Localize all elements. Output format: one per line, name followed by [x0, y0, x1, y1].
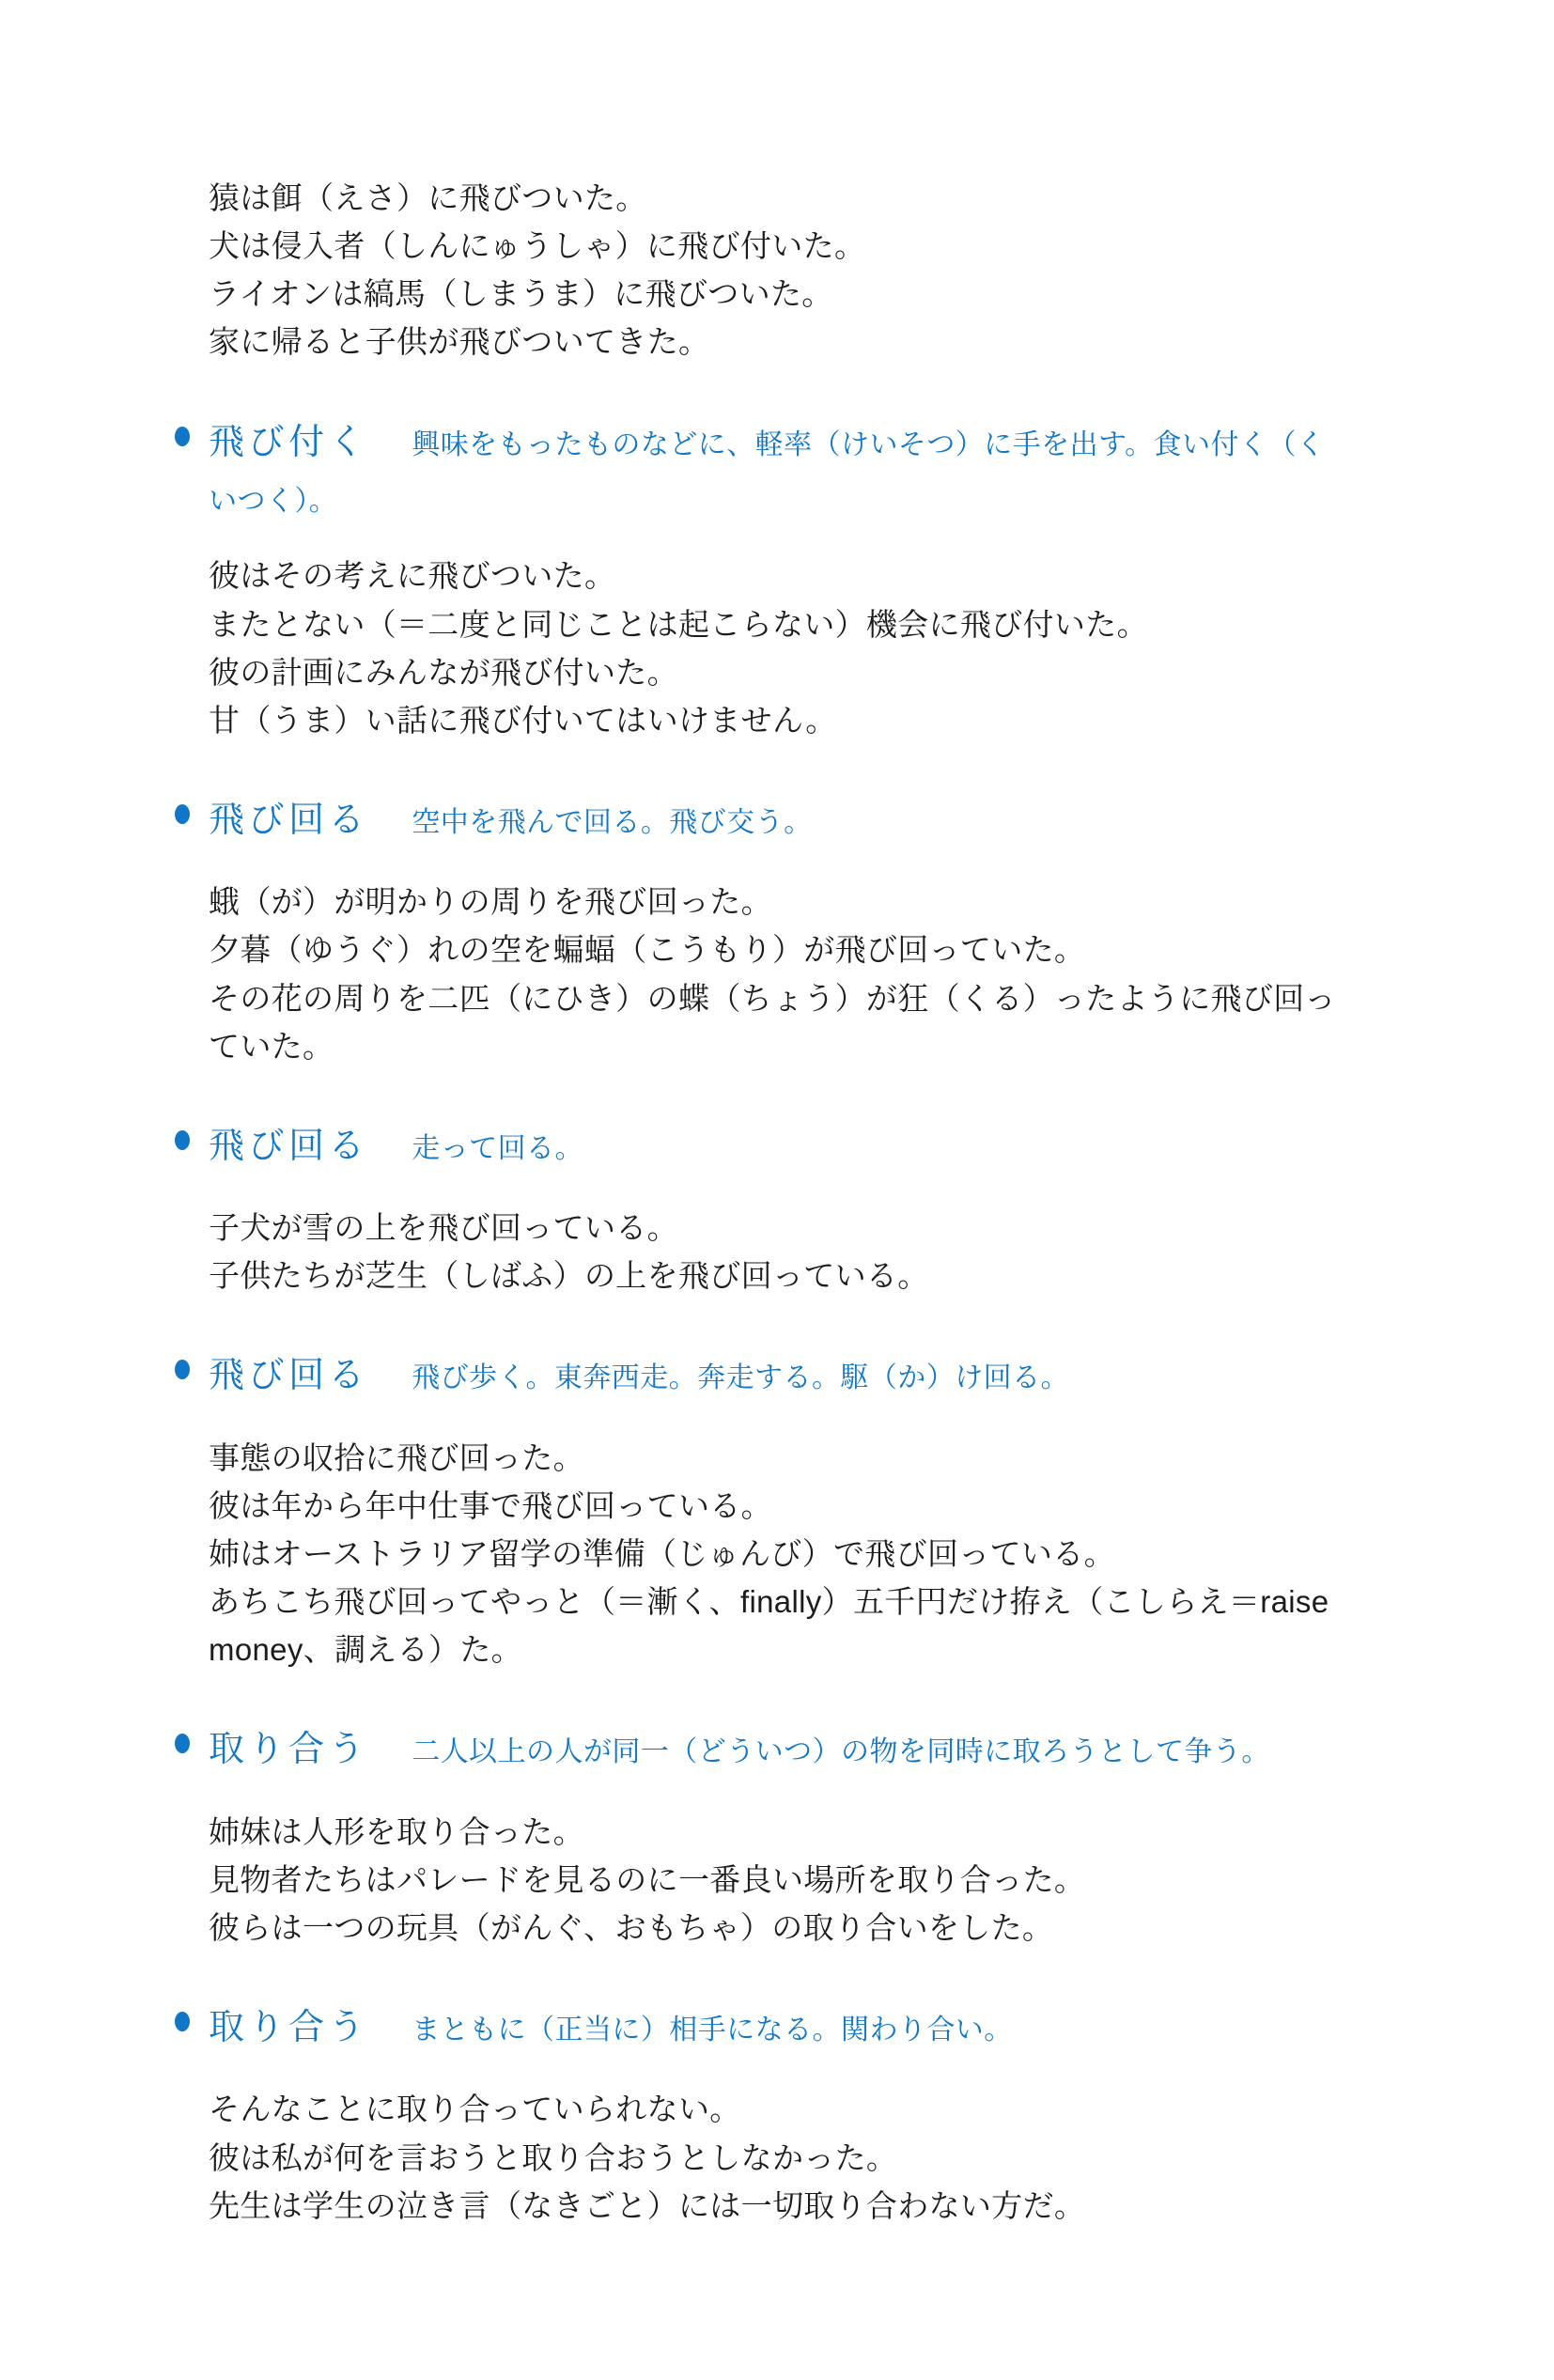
example-sentence: 姉妹は人形を取り合った。 — [209, 1808, 1344, 1856]
entry-header: 取り合うまともに（正当に）相手になる。関わり合い。 — [209, 1995, 1344, 2061]
entry-headword: 飛び回る — [209, 801, 368, 840]
entry-definition: 二人以上の人が同一（どういつ）の物を同時に取ろうとして争う。 — [412, 1736, 1270, 1767]
example-sentence: 蛾（が）が明かりの周りを飛び回った。 — [209, 878, 1344, 926]
entry-header: 飛び回る飛び歩く。東奔西走。奔走する。駆（か）け回る。 — [209, 1343, 1344, 1408]
entry-definition: 飛び歩く。東奔西走。奔走する。駆（か）け回る。 — [412, 1362, 1069, 1393]
example-sentence: その花の周りを二匹（にひき）の蝶（ちょう）が狂（くる）ったように飛び回っていた。 — [209, 974, 1344, 1070]
dictionary-entry: 飛び回る空中を飛んで回る。飛び交う。 蛾（が）が明かりの周りを飛び回った。夕暮（… — [209, 787, 1344, 1070]
entry-headword: 取り合う — [209, 2008, 368, 2047]
document-page: 猿は餌（えさ）に飛びついた。犬は侵入者（しんにゅうしゃ）に飛び付いた。ライオンは… — [0, 0, 1554, 2380]
example-sentence: 甘（うま）い話に飛び付いてはいけません。 — [209, 696, 1344, 744]
bullet-icon — [175, 1360, 190, 1379]
entry-header: 取り合う二人以上の人が同一（どういつ）の物を同時に取ろうとして争う。 — [209, 1717, 1344, 1782]
entry-header: 飛び付く興味をもったものなどに、軽率（けいそつ）に手を出す。食い付く（くいつく）… — [209, 410, 1344, 528]
entry-list: 飛び付く興味をもったものなどに、軽率（けいそつ）に手を出す。食い付く（くいつく）… — [209, 410, 1344, 2230]
example-sentence: 事態の収拾に飛び回った。 — [209, 1434, 1344, 1482]
entry-definition: まともに（正当に）相手になる。関わり合い。 — [412, 2014, 1012, 2046]
example-sentence: 犬は侵入者（しんにゅうしゃ）に飛び付いた。 — [209, 222, 1344, 270]
example-sentence: 子犬が雪の上を飛び回っている。 — [209, 1204, 1344, 1252]
example-sentence: 姉はオーストラリア留学の準備（じゅんび）で飛び回っている。 — [209, 1530, 1344, 1578]
dictionary-entry: 飛び回る走って回る。 子犬が雪の上を飛び回っている。子供たちが芝生（しばふ）の上… — [209, 1113, 1344, 1300]
example-sentence: そんなことに取り合っていられない。 — [209, 2085, 1344, 2133]
example-sentence: 彼は年から年中仕事で飛び回っている。 — [209, 1482, 1344, 1530]
example-sentence: 家に帰ると子供が飛びついてきた。 — [209, 318, 1344, 366]
example-list: 事態の収拾に飛び回った。彼は年から年中仕事で飛び回っている。姉はオーストラリア留… — [209, 1434, 1344, 1674]
example-list: 蛾（が）が明かりの周りを飛び回った。夕暮（ゆうぐ）れの空を蝙蝠（こうもり）が飛び… — [209, 878, 1344, 1070]
bullet-icon — [175, 804, 190, 824]
entry-headword: 飛び回る — [209, 1356, 368, 1395]
entry-headword: 取り合う — [209, 1730, 368, 1769]
example-sentence: ライオンは縞馬（しまうま）に飛びついた。 — [209, 270, 1344, 318]
example-sentence: 猿は餌（えさ）に飛びついた。 — [209, 174, 1344, 222]
example-sentence: 子供たちが芝生（しばふ）の上を飛び回っている。 — [209, 1252, 1344, 1299]
example-sentence: 夕暮（ゆうぐ）れの空を蝙蝠（こうもり）が飛び回っていた。 — [209, 926, 1344, 973]
intro-example-list: 猿は餌（えさ）に飛びついた。犬は侵入者（しんにゅうしゃ）に飛び付いた。ライオンは… — [209, 174, 1344, 366]
example-list: 彼はその考えに飛びついた。またとない（＝二度と同じことは起こらない）機会に飛び付… — [209, 552, 1344, 744]
entry-definition: 興味をもったものなどに、軽率（けいそつ）に手を出す。食い付く（くいつく）。 — [209, 429, 1325, 517]
dictionary-entry: 取り合う二人以上の人が同一（どういつ）の物を同時に取ろうとして争う。 姉妹は人形… — [209, 1717, 1344, 1952]
example-sentence: 彼はその考えに飛びついた。 — [209, 552, 1344, 599]
bullet-icon — [175, 1130, 190, 1150]
example-list: そんなことに取り合っていられない。彼は私が何を言おうと取り合おうとしなかった。先… — [209, 2085, 1344, 2229]
example-list: 姉妹は人形を取り合った。見物者たちはパレードを見るのに一番良い場所を取り合った。… — [209, 1808, 1344, 1952]
entry-header: 飛び回る空中を飛んで回る。飛び交う。 — [209, 787, 1344, 853]
entry-definition: 走って回る。 — [412, 1133, 583, 1164]
example-sentence: 彼の計画にみんなが飛び付いた。 — [209, 648, 1344, 696]
entry-headword: 飛び付く — [209, 423, 368, 462]
entry-definition: 空中を飛んで回る。飛び交う。 — [412, 807, 812, 838]
example-sentence: 彼らは一つの玩具（がんぐ、おもちゃ）の取り合いをした。 — [209, 1904, 1344, 1952]
entry-header: 飛び回る走って回る。 — [209, 1113, 1344, 1179]
dictionary-entry: 取り合うまともに（正当に）相手になる。関わり合い。 そんなことに取り合っていられ… — [209, 1995, 1344, 2230]
example-sentence: あちこち飛び回ってやっと（＝漸く、finally）五千円だけ拵え（こしらえ＝ra… — [209, 1578, 1344, 1673]
example-sentence: またとない（＝二度と同じことは起こらない）機会に飛び付いた。 — [209, 600, 1344, 648]
bullet-icon — [175, 1734, 190, 1753]
example-sentence: 先生は学生の泣き言（なきごと）には一切取り合わない方だ。 — [209, 2182, 1344, 2230]
example-sentence: 彼は私が何を言おうと取り合おうとしなかった。 — [209, 2134, 1344, 2182]
bullet-icon — [175, 427, 190, 446]
example-sentence: 見物者たちはパレードを見るのに一番良い場所を取り合った。 — [209, 1856, 1344, 1904]
entry-headword: 飛び回る — [209, 1127, 368, 1166]
example-list: 子犬が雪の上を飛び回っている。子供たちが芝生（しばふ）の上を飛び回っている。 — [209, 1204, 1344, 1299]
dictionary-entry: 飛び付く興味をもったものなどに、軽率（けいそつ）に手を出す。食い付く（くいつく）… — [209, 410, 1344, 744]
dictionary-entry: 飛び回る飛び歩く。東奔西走。奔走する。駆（か）け回る。 事態の収拾に飛び回った。… — [209, 1343, 1344, 1673]
bullet-icon — [175, 2012, 190, 2031]
